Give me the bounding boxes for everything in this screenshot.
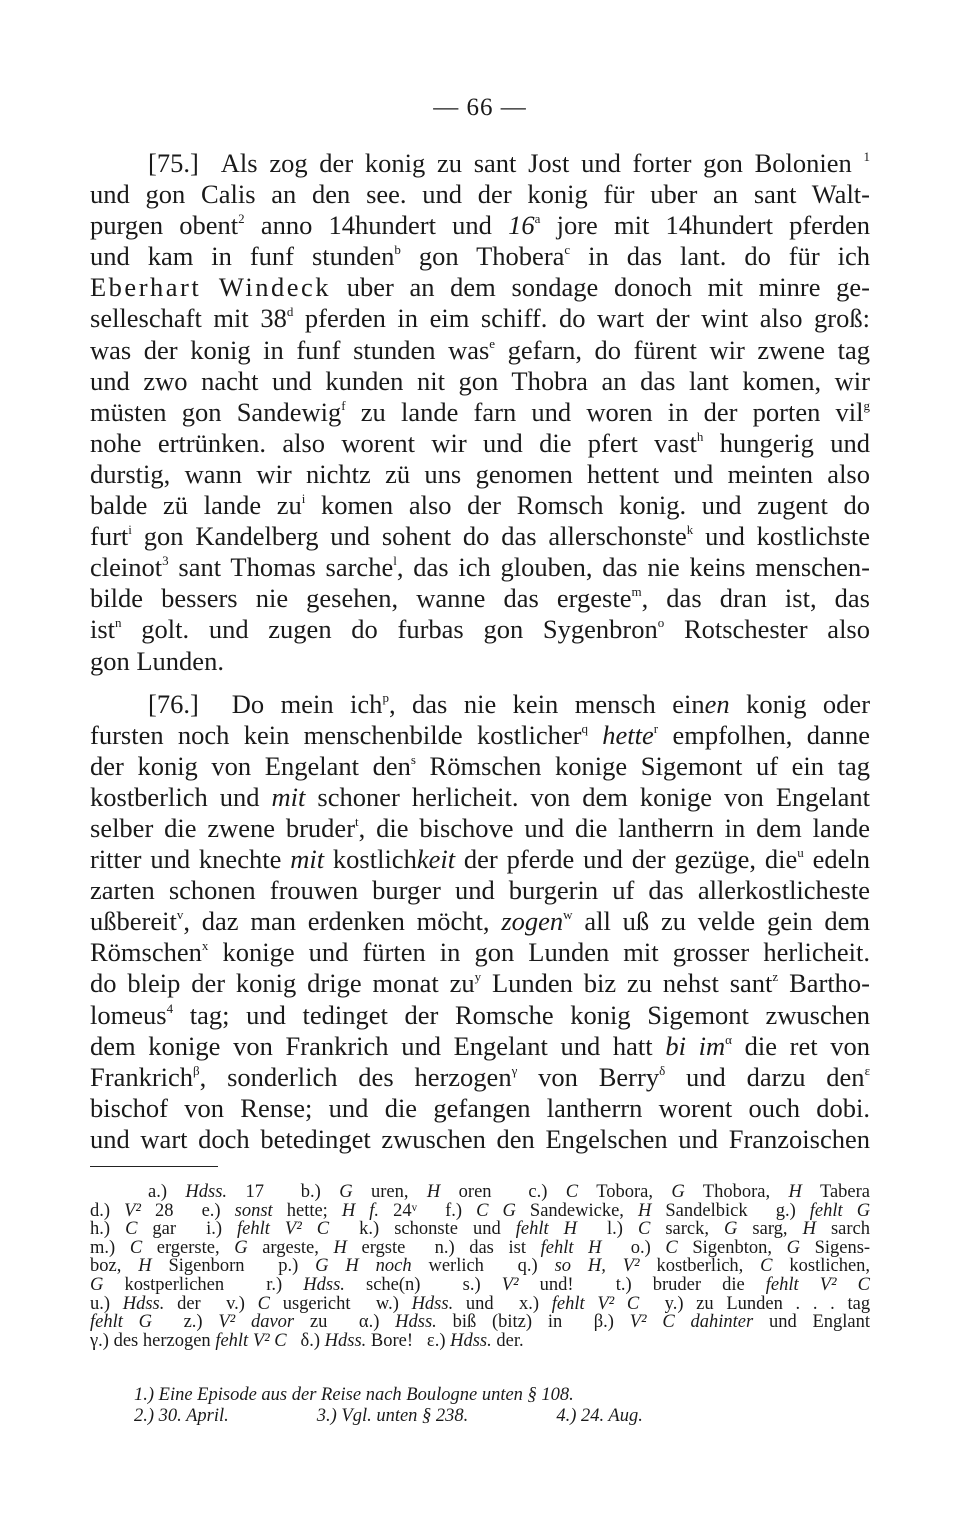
- text-span: m.): [90, 1238, 115, 1258]
- text-span: furt: [90, 521, 128, 551]
- footnote-ref: k: [687, 522, 694, 537]
- italic-text: fehlt V² C: [237, 1219, 329, 1239]
- footnote-ref: y: [475, 969, 482, 984]
- italic-text: Hdss.: [412, 1294, 454, 1314]
- text-line: und kam in funf stundenb gon Thoberac in…: [90, 241, 870, 272]
- text-line: bischof von Rense; und die gefangen lant…: [90, 1093, 870, 1124]
- text-span: oren: [440, 1182, 491, 1202]
- italic-text: fehlt H: [541, 1238, 602, 1258]
- apparatus-line: m.) C ergerste, G argeste, H ergste n.) …: [90, 1239, 870, 1258]
- text-line: selleschaft mit 38d pferden in eim schif…: [90, 303, 870, 334]
- text-line: bilde bessers nie gesehen, wanne das erg…: [90, 583, 870, 614]
- footnote-ref: e: [489, 336, 495, 351]
- text-span: γ.): [90, 1331, 109, 1351]
- text-span: gar: [137, 1219, 176, 1239]
- text-line: müsten gon Sandewigf zu lande farn und w…: [90, 397, 870, 428]
- note-1: 1.) Eine Episode aus der Reise nach Boul…: [134, 1385, 643, 1406]
- italic-text: C: [638, 1219, 650, 1239]
- text-span: Do mein ich: [232, 689, 383, 719]
- text-span: β.): [594, 1312, 614, 1332]
- note-3: 3.) Vgl. unten § 238.: [317, 1406, 469, 1426]
- text-span: i.): [206, 1219, 222, 1239]
- italic-text: V² C dahinter: [630, 1312, 753, 1332]
- text-line: nohe ertrünken. also worent wir und die …: [90, 428, 870, 459]
- text-span: l.): [607, 1219, 623, 1239]
- text-span: o.): [631, 1238, 651, 1258]
- text-line: kostberlich und mit schoner herlicheit. …: [90, 782, 870, 813]
- text-span: [90, 677, 870, 689]
- text-span: Lunden biz zu nehst sant: [492, 968, 772, 998]
- text-line: istn golt. und zugen do furbas gon Sygen…: [90, 614, 870, 645]
- text-span: argeste,: [248, 1238, 334, 1258]
- text-line: fursten noch kein menschenbilde kostlich…: [90, 720, 870, 751]
- italic-text: C: [130, 1238, 142, 1258]
- text-span: Tobora,: [578, 1182, 671, 1202]
- text-span: , die bischove und die lantherrn in dem …: [359, 813, 870, 843]
- section-marker: [76.]: [148, 689, 199, 719]
- text-span: der pferde und der gezüge, die: [464, 844, 797, 874]
- text-line: dem konige von Frankrich und Engelant un…: [90, 1031, 870, 1062]
- text-span: Sandelbick: [651, 1201, 747, 1221]
- text-span: komen also der Romsch konig. und zugent …: [321, 490, 870, 520]
- text-span: kostperlichen: [103, 1275, 224, 1295]
- text-span: x.): [519, 1294, 539, 1314]
- italic-text: so H, V²: [555, 1256, 640, 1276]
- italic-text: Hdss.: [123, 1294, 165, 1314]
- footnote-ref: o: [658, 615, 665, 630]
- footnote-ref: 4: [167, 1001, 174, 1016]
- text-span: Sigenbton,: [678, 1238, 787, 1258]
- text-span: Thobora,: [685, 1182, 789, 1202]
- text-span: 24ᵛ: [379, 1201, 417, 1221]
- footnote-ref: 2: [238, 211, 245, 226]
- text-span: r.): [266, 1275, 282, 1295]
- text-span: bilde bessers nie gesehen, wanne das erg…: [90, 583, 631, 613]
- text-span: u.): [90, 1294, 110, 1314]
- text-span: Rotschester also: [684, 614, 870, 644]
- italic-text: C G: [476, 1201, 516, 1221]
- text-span: und Englant: [753, 1312, 870, 1332]
- italic-text: C: [665, 1238, 677, 1258]
- footnote-divider: [90, 1166, 218, 1167]
- footnote-ref: r: [654, 721, 658, 736]
- critical-apparatus: a.) Hdss. 17 b.) G uren, H oren c.) C To…: [90, 1183, 870, 1350]
- text-span: Römschen: [90, 937, 202, 967]
- footnote-ref: q: [581, 721, 588, 736]
- text-span: selleschaft mit 38: [90, 303, 287, 333]
- paragraph-75: [75.] Als zog der konig zu sant Jost und…: [90, 148, 870, 677]
- footnote-ref: x: [202, 938, 209, 953]
- text-span: h.): [90, 1219, 110, 1239]
- apparatus-line: γ.) des herzogen fehlt V² C δ.) Hdss. Bo…: [90, 1332, 870, 1351]
- text-span: schonste und: [379, 1219, 516, 1239]
- text-span: uren,: [353, 1182, 427, 1202]
- text-span: pferden in eim schiff. do wart der wint …: [305, 303, 870, 333]
- page-number: — 66 —: [90, 94, 870, 122]
- text-span: g.): [776, 1201, 796, 1221]
- italic-text: G: [787, 1238, 800, 1258]
- text-span: der.: [492, 1331, 524, 1351]
- text-span: sarch: [816, 1219, 870, 1239]
- italic-text: fehlt G: [810, 1201, 870, 1221]
- footnote-ref: β: [193, 1063, 200, 1078]
- text-span: der: [164, 1294, 200, 1314]
- section-marker: [75.]: [148, 148, 199, 178]
- text-span: uber an dem sondage donoch mit minre ge-: [347, 272, 870, 302]
- footnote-ref: α: [725, 1032, 732, 1047]
- italic-text: en: [705, 689, 730, 719]
- text-line: ritter und knechte mit kostlichkeit der …: [90, 844, 870, 875]
- text-span: anno 14hundert und: [261, 210, 492, 240]
- italic-text: Hdss.: [450, 1331, 492, 1351]
- text-span: edeln: [813, 844, 870, 874]
- text-line: Frankrichβ, sonderlich des herzogenγ von…: [90, 1062, 870, 1093]
- footnote-ref: d: [287, 304, 294, 319]
- text-span: Frankrich: [90, 1062, 193, 1092]
- text-line: zarten schonen frouwen burger und burger…: [90, 875, 870, 906]
- italic-text: G H noch: [315, 1256, 411, 1276]
- text-line: und zwo nacht und kunden nit gon Thobra …: [90, 366, 870, 397]
- footnote-ref: n: [115, 615, 122, 630]
- footnote-ref: 3: [162, 553, 169, 568]
- italic-text: keit: [417, 844, 455, 874]
- italic-text: V²: [124, 1201, 141, 1221]
- footnote-ref: i: [302, 491, 306, 506]
- text-span: nohe ertrünken. also worent wir und die …: [90, 428, 697, 458]
- text-line: was der konig in funf stunden wase gefar…: [90, 335, 870, 366]
- text-span: δ.): [301, 1331, 321, 1351]
- text-span: kostlichen,: [773, 1256, 871, 1276]
- italic-text: fehlt V² C: [766, 1275, 870, 1295]
- text-span: , das dran ist, das: [642, 583, 870, 613]
- text-line: und wart doch betedinget zwuschen den En…: [90, 1124, 870, 1155]
- text-line: [76.] Do mein ichp, das nie kein mensch …: [90, 689, 870, 720]
- text-span: konig oder: [746, 689, 870, 719]
- text-span: schoner herlicheit. von dem konige von E…: [317, 782, 870, 812]
- text-span: 17: [227, 1182, 264, 1202]
- footnote-ref: 1: [864, 149, 871, 164]
- text-span: , das ich glouben, das nie keins mensche…: [397, 552, 870, 582]
- text-span: α.): [359, 1312, 379, 1332]
- italic-text: C: [566, 1182, 578, 1202]
- italic-text: fehlt V² C: [215, 1331, 286, 1351]
- italic-text: C: [258, 1294, 270, 1314]
- text-span: all uß zu velde gein dem: [584, 906, 870, 936]
- text-line: balde zü lande zui komen also der Romsch…: [90, 490, 870, 521]
- text-span: a.): [148, 1182, 167, 1202]
- text-span: w.): [376, 1294, 399, 1314]
- italic-text: H: [638, 1201, 651, 1221]
- text-span: sarg,: [737, 1219, 802, 1239]
- text-span: boz,: [90, 1256, 121, 1276]
- text-span: selber die zwene bruder: [90, 813, 355, 843]
- text-span: balde zü lande zu: [90, 490, 302, 520]
- italic-text: fehlt G: [90, 1312, 152, 1332]
- footnote-ref: c: [564, 242, 570, 257]
- text-line: Römschenx konige und fürten in gon Lunde…: [90, 937, 870, 968]
- text-span: und: [453, 1294, 493, 1314]
- text-span: kostberlich und: [90, 782, 260, 812]
- text-span: p.): [278, 1256, 298, 1276]
- text-span: in das lant. do für ich: [588, 241, 870, 271]
- explanatory-notes: 1.) Eine Episode aus der Reise nach Boul…: [134, 1385, 643, 1427]
- footnote-ref: m: [631, 584, 641, 599]
- italic-text: Hdss.: [185, 1182, 227, 1202]
- italic-text: fehlt V² C: [552, 1294, 639, 1314]
- italic-text: H: [427, 1182, 440, 1202]
- text-span: f.): [445, 1201, 462, 1221]
- italic-text: H f.: [342, 1201, 379, 1221]
- text-span: , daz man erdenken möcht,: [183, 906, 489, 936]
- text-line: purgen obent2 anno 14hundert und 16a jor…: [90, 210, 870, 241]
- apparatus-line: a.) Hdss. 17 b.) G uren, H oren c.) C To…: [90, 1183, 870, 1202]
- text-span: kostlich: [333, 844, 417, 874]
- italic-text: bi im: [665, 1031, 725, 1061]
- paragraph-76: [76.] Do mein ichp, das nie kein mensch …: [90, 689, 870, 1155]
- text-span: ε.): [427, 1331, 446, 1351]
- text-span: ist: [90, 614, 115, 644]
- italic-text: H: [138, 1256, 151, 1276]
- text-span: dem konige von Frankrich und Engelant un…: [90, 1031, 653, 1061]
- text-span: Bartho-: [789, 968, 870, 998]
- text-span: das ist: [455, 1238, 541, 1258]
- apparatus-line: u.) Hdss. der v.) C usgericht w.) Hdss. …: [90, 1295, 870, 1314]
- text-span: k.): [359, 1219, 379, 1239]
- text-span: was der konig in funf stunden was: [90, 335, 489, 365]
- text-span: q.): [518, 1256, 538, 1276]
- italic-text: H: [803, 1219, 816, 1239]
- text-line: lomeus4 tag; und tedinget der Romsche ko…: [90, 1000, 870, 1031]
- text-span: bruder die: [632, 1275, 766, 1295]
- italic-text: hette: [602, 720, 654, 750]
- text-span: Römschen konige Sigemont uf ein tag: [430, 751, 870, 781]
- text-line: cleinot3 sant Thomas sarchel, das ich gl…: [90, 552, 870, 583]
- text-span: kostberlich,: [640, 1256, 761, 1276]
- note-4: 4.) 24. Aug.: [556, 1406, 643, 1426]
- text-span: und darzu den: [686, 1062, 865, 1092]
- footnote-ref: ε: [865, 1063, 870, 1078]
- text-span: empfolhen, danne: [672, 720, 870, 750]
- italic-text: C: [760, 1256, 772, 1276]
- text-span: des herzogen: [109, 1331, 215, 1351]
- text-span: golt. und zugen do furbas gon Sygenbron: [141, 614, 657, 644]
- apparatus-line: fehlt G z.) V² davor zu α.) Hdss. biß (b…: [90, 1313, 870, 1332]
- text-span: biß (bitz) in: [437, 1312, 562, 1332]
- text-span: , das nie kein mensch ein: [389, 689, 705, 719]
- footnote-ref: δ: [659, 1063, 665, 1078]
- text-span: ritter und knechte: [90, 844, 281, 874]
- text-span: purgen obent: [90, 210, 238, 240]
- text-line: selber die zwene brudert, die bischove u…: [90, 813, 870, 844]
- text-line: gon Lunden.: [90, 646, 870, 677]
- apparatus-line: h.) C gar i.) fehlt V² C k.) schonste un…: [90, 1220, 870, 1239]
- text-span: und kam in funf stunden: [90, 241, 394, 271]
- text-line: und gon Calis an den see. und der konig …: [90, 179, 870, 210]
- footnote-ref: s: [411, 752, 416, 767]
- text-span: Sigenborn: [152, 1256, 245, 1276]
- italic-text: zogen: [501, 906, 563, 936]
- text-span: do bleip der konig drige monat zu: [90, 968, 475, 998]
- text-span: Sigens-: [800, 1238, 870, 1258]
- italic-text: G: [90, 1275, 103, 1295]
- text-span: der konig von Engelant den: [90, 751, 411, 781]
- text-span: , sonderlich des herzogen: [200, 1062, 512, 1092]
- italic-text: G: [724, 1219, 737, 1239]
- notes-row: 2.) 30. April.3.) Vgl. unten § 238.4.) 2…: [134, 1406, 643, 1427]
- apparatus-line: boz, H Sigenborn p.) G H noch werlich q.…: [90, 1257, 870, 1276]
- text-span: von Berry: [538, 1062, 659, 1092]
- text-span: die ret von: [745, 1031, 870, 1061]
- text-span: konige und fürten in gon Lunden mit gros…: [222, 937, 870, 967]
- text-span: Als zog der konig zu sant Jost und forte…: [221, 148, 852, 178]
- text-span: jore mit 14hundert pferden: [557, 210, 870, 240]
- text-span: zu Lunden . . . tag: [683, 1294, 870, 1314]
- text-span: und!: [519, 1275, 574, 1295]
- italic-text: C: [125, 1219, 137, 1239]
- footnote-ref: u: [797, 845, 804, 860]
- text-span: gon Kandelberg und sohent do das allersc…: [144, 521, 687, 551]
- italic-text: H: [789, 1182, 802, 1202]
- author-name: Eberhart Windeck: [90, 272, 331, 302]
- text-span: t.): [616, 1275, 632, 1295]
- note-2: 2.) 30. April.: [134, 1406, 229, 1426]
- text-span: ergste: [347, 1238, 405, 1258]
- text-span: n.): [435, 1238, 455, 1258]
- text-span: Tabera: [802, 1182, 870, 1202]
- footnote-ref: h: [697, 429, 704, 444]
- main-text: [75.] Als zog der konig zu sant Jost und…: [90, 148, 870, 1155]
- italic-text: G: [234, 1238, 247, 1258]
- footnote-ref: f: [341, 398, 345, 413]
- text-span: z.): [184, 1312, 203, 1332]
- italic-text: Hdss.: [395, 1312, 437, 1332]
- italic-text: H: [334, 1238, 347, 1258]
- text-span: und kostlichste: [705, 521, 870, 551]
- italic-text: Hdss.: [325, 1331, 367, 1351]
- text-line: Eberhart Windeck uber an dem sondage don…: [90, 272, 870, 303]
- italic-text: mit: [272, 782, 306, 812]
- footnote-ref: γ: [512, 1063, 518, 1078]
- text-line: do bleip der konig drige monat zuy Lunde…: [90, 968, 870, 999]
- text-span: sarck,: [650, 1219, 724, 1239]
- footnote-ref: i: [128, 522, 132, 537]
- text-span: y.): [665, 1294, 684, 1314]
- text-span: d.): [90, 1201, 110, 1221]
- text-span: usgericht: [270, 1294, 351, 1314]
- text-span: sche(n): [345, 1275, 421, 1295]
- text-span: fursten noch kein menschenbilde kostlich…: [90, 720, 581, 750]
- text-line: [75.] Als zog der konig zu sant Jost und…: [90, 148, 870, 179]
- text-span: werlich: [412, 1256, 484, 1276]
- italic-text: V² davor: [218, 1312, 294, 1332]
- text-span: hungerig und: [720, 428, 870, 458]
- footnote-ref: g: [864, 398, 871, 413]
- text-span: gon Thobera: [419, 241, 565, 271]
- text-span: e.): [202, 1201, 221, 1221]
- italic-text: V²: [502, 1275, 519, 1295]
- text-span: tag; und tedinget der Romsche konig Sige…: [190, 1000, 870, 1030]
- text-span: ergerste,: [142, 1238, 234, 1258]
- text-span: zu lande farn und woren in der porten vi…: [361, 397, 864, 427]
- text-span: Sandewicke,: [516, 1201, 638, 1221]
- text-line: der konig von Engelant dens Römschen kon…: [90, 751, 870, 782]
- text-span: c.): [528, 1182, 547, 1202]
- text-line: furti gon Kandelberg und sohent do das a…: [90, 521, 870, 552]
- apparatus-line: G kostperlichen r.) Hdss. sche(n) s.) V²…: [90, 1276, 870, 1295]
- italic-text: G: [339, 1182, 352, 1202]
- text-span: lomeus: [90, 1000, 167, 1030]
- text-line: ußbereitv, daz man erdenken möcht, zogen…: [90, 906, 870, 937]
- text-line: durstig, wann wir nichtz zü uns genomen …: [90, 459, 870, 490]
- footnote-ref: b: [394, 242, 401, 257]
- footnote-ref: w: [563, 907, 572, 922]
- text-span: cleinot: [90, 552, 162, 582]
- apparatus-ref: a: [535, 211, 541, 226]
- text-span: müsten gon Sandewig: [90, 397, 341, 427]
- italic-text: 16: [508, 210, 535, 240]
- apparatus-line: d.) V² 28 e.) sonst hette; H f. 24ᵛ f.) …: [90, 1202, 870, 1221]
- footnote-ref: z: [772, 969, 778, 984]
- text-span: v.): [226, 1294, 245, 1314]
- text-span: Bore!: [366, 1331, 413, 1351]
- italic-text: sonst: [235, 1201, 273, 1221]
- italic-text: G: [671, 1182, 684, 1202]
- text-span: zu: [294, 1312, 327, 1332]
- text-span: hette;: [273, 1201, 342, 1221]
- text-span: ußbereit: [90, 906, 177, 936]
- text-span: s.): [463, 1275, 481, 1295]
- text-span: gefarn, do fürent wir zwene tag: [508, 335, 870, 365]
- italic-text: Hdss.: [303, 1275, 345, 1295]
- text-span: sant Thomas sarche: [178, 552, 393, 582]
- italic-text: mit: [290, 844, 324, 874]
- text-span: b.): [301, 1182, 321, 1202]
- text-span: 28: [141, 1201, 174, 1221]
- italic-text: fehlt H: [516, 1219, 577, 1239]
